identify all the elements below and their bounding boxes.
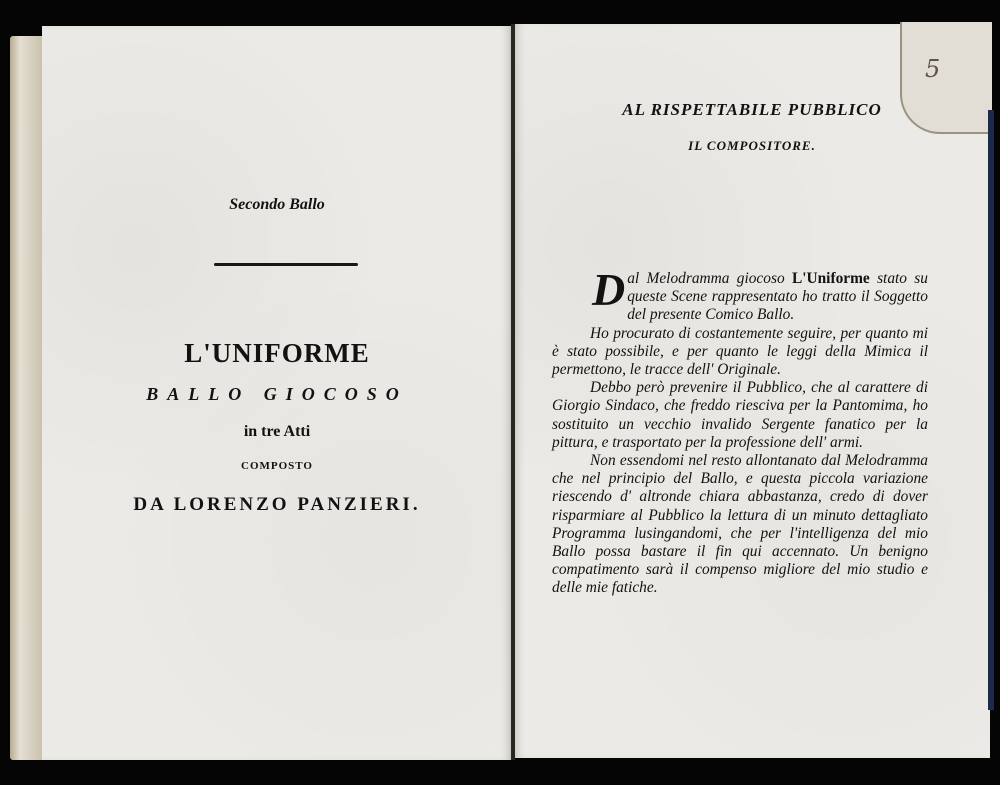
ornamental-rule	[214, 263, 358, 266]
dedication-subheading: IL COMPOSITORE.	[514, 138, 990, 154]
paragraph-2: Ho procurato di costantemente seguire, p…	[552, 325, 928, 380]
author-line: DA LORENZO PANZIERI.	[42, 494, 512, 516]
open-book: 5 Secondo Ballo L'UNIFORME BALLO GIOCOSO…	[0, 0, 1000, 785]
preface-body: Dal Melodramma giocoso L'Uniforme stato …	[552, 270, 928, 598]
acts-line: in tre Atti	[42, 423, 512, 441]
paragraph-4: Non essendomi nel resto allontanato dal …	[552, 452, 928, 598]
paragraph-1-lead: al Melodramma giocoso	[627, 270, 792, 287]
composed-label: COMPOSTO	[42, 460, 512, 472]
work-title-inline: L'Uniforme	[792, 270, 870, 287]
dedication-heading: AL RISPETTABILE PUBBLICO	[514, 100, 990, 120]
ballet-title: L'UNIFORME	[42, 338, 512, 369]
paragraph-3: Debbo però prevenire il Pubblico, che al…	[552, 379, 928, 452]
paragraph-1: Dal Melodramma giocoso L'Uniforme stato …	[552, 270, 928, 325]
page-number: 5	[925, 55, 940, 83]
section-label: Secondo Ballo	[42, 196, 512, 214]
cover-edge	[988, 110, 994, 710]
ballet-subtitle: BALLO GIOCOSO	[42, 384, 512, 405]
page-edges	[10, 36, 44, 760]
drop-cap: D	[592, 272, 625, 308]
